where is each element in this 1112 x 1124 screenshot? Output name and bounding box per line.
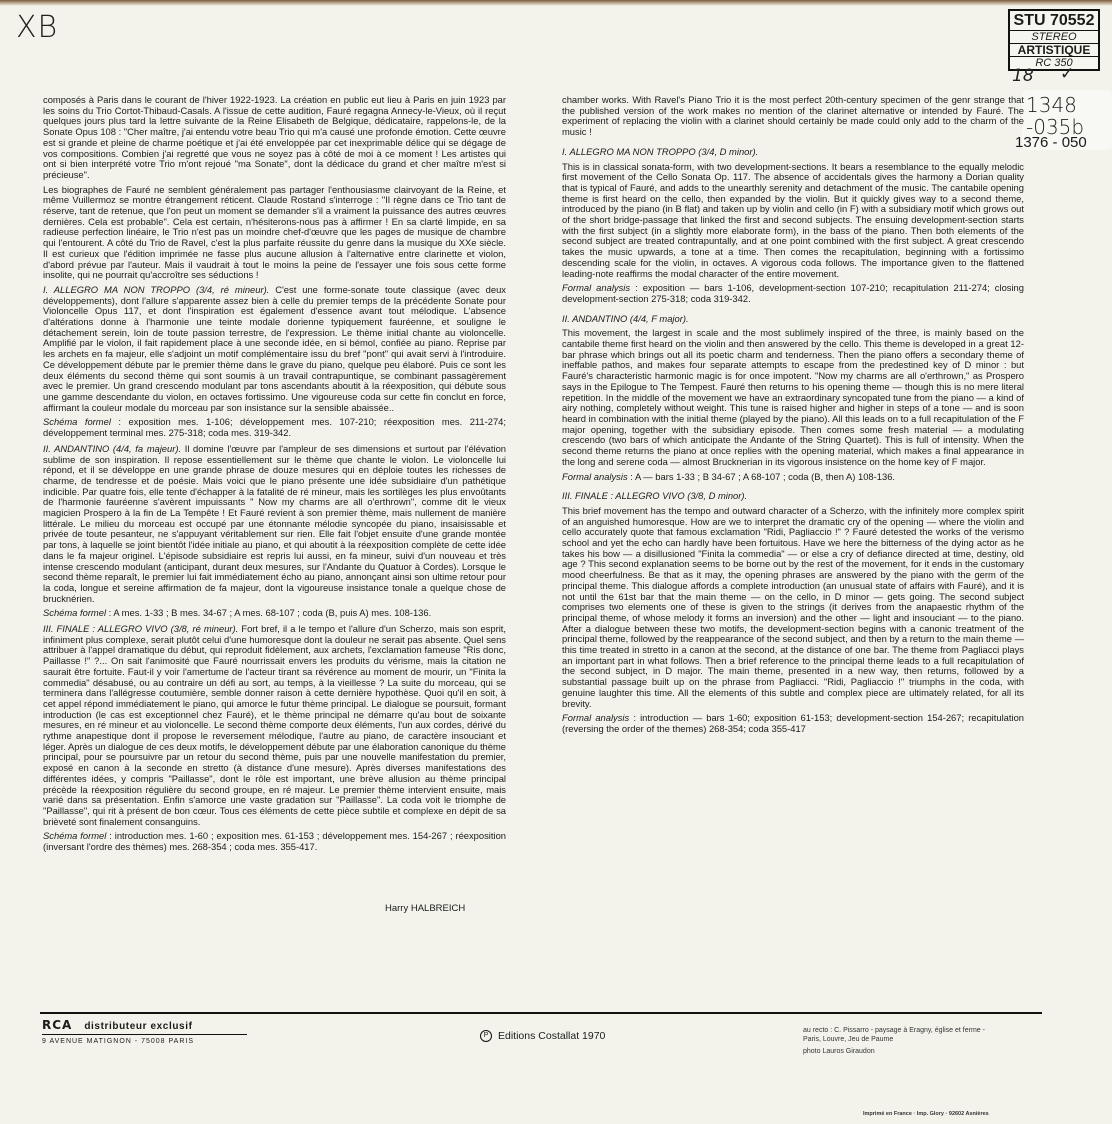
french-notes-column: composés à Paris dans le courant de l'hi… — [43, 95, 506, 858]
catalog-number: STU 70552 — [1010, 11, 1098, 30]
catalog-label: STU 70552 STEREO ARTISTIQUE RC 350 — [1008, 9, 1100, 71]
french-movement-2-formal: Schéma formel : A mes. 1-33 ; B mes. 34-… — [43, 608, 506, 619]
french-movement-3: III. FINALE : ALLEGRO VIVO (3/8, ré mine… — [43, 624, 506, 827]
catalog-format: STEREO — [1010, 30, 1098, 43]
catalog-series: ARTISTIQUE — [1010, 43, 1098, 56]
french-movement-1-heading: I. ALLEGRO MA NON TROPPO (3/4, ré mineur… — [43, 284, 269, 295]
phonogram-copyright-icon: P — [480, 1030, 492, 1042]
handwritten-count: 18 — [1012, 66, 1034, 86]
handwritten-check-icon: ✓ — [1060, 64, 1074, 84]
stamped-reference: 1376 - 050 — [1015, 134, 1087, 151]
french-movement-1-text: C'est une forme-sonate toute classique (… — [43, 284, 506, 413]
english-movement-2-formal: Formal analysis : A — bars 1-33 ; B 34-6… — [562, 472, 1024, 483]
french-movement-3-text: Fort bref, il a le tempo et l'allure d'u… — [43, 623, 506, 827]
cover-credit-line2: Paris, Louvre, Jeu de Paume — [803, 1035, 985, 1044]
french-intro-paragraph: composés à Paris dans le courant de l'hi… — [43, 95, 506, 181]
rca-logo: RCA — [42, 1018, 72, 1032]
english-movement-3-heading: III. FINALE : ALLEGRO VIVO (3/8, D minor… — [562, 491, 1024, 502]
french-movement-1-formal: Schéma formel : exposition mes. 1-106; d… — [43, 417, 506, 438]
english-movement-1-text: This is in classical sonata-form, with t… — [562, 162, 1024, 280]
english-intro-paragraph: chamber works. With Ravel's Piano Trio i… — [562, 95, 1024, 138]
english-movement-2-heading: II. ANDANTINO (4/4, F major). — [562, 314, 1024, 325]
distributor-address: 9 AVENUE MATIGNON - 75008 PARIS — [42, 1038, 247, 1045]
english-movement-1-heading: I. ALLEGRO MA NON TROPPO (3/4, D minor). — [562, 147, 1024, 158]
publisher-name: Editions Costallat 1970 — [498, 1030, 605, 1042]
english-movement-2-text: This movement, the largest in scale and … — [562, 328, 1024, 467]
sleeve-top-edge — [0, 0, 1112, 6]
author-signature: Harry HALBREICH — [385, 903, 465, 914]
french-movement-2-heading: II. ANDANTINO (4/4, fa majeur). — [43, 443, 181, 454]
cover-credit-line1: au recto : C. Pissarro - paysage à Eragn… — [803, 1026, 985, 1035]
cover-credits: au recto : C. Pissarro - paysage à Eragn… — [803, 1026, 985, 1056]
distributor-block: RCA distributeur exclusif 9 AVENUE MATIG… — [42, 1018, 247, 1045]
french-biographers-paragraph: Les biographes de Fauré ne semblent géné… — [43, 185, 506, 281]
handwritten-reference: 1348 -035b — [1026, 94, 1084, 138]
handwritten-initials: XB — [16, 10, 58, 45]
french-movement-2: II. ANDANTINO (4/4, fa majeur). Il domin… — [43, 444, 506, 605]
english-movement-1-formal: Formal analysis : exposition — bars 1-10… — [562, 283, 1024, 304]
french-movement-3-heading: III. FINALE : ALLEGRO VIVO (3/8, ré mine… — [43, 623, 238, 634]
publisher-credit: P Editions Costallat 1970 — [480, 1030, 605, 1042]
english-notes-column: chamber works. With Ravel's Piano Trio i… — [562, 95, 1024, 740]
french-movement-1: I. ALLEGRO MA NON TROPPO (3/4, ré mineur… — [43, 285, 506, 413]
footer-divider — [40, 1012, 1042, 1014]
photo-credit: photo Lauros Giraudon — [803, 1047, 985, 1056]
printer-imprint: Imprimé en France · Imp. Glory · 92602 A… — [863, 1111, 989, 1117]
french-movement-3-formal: Schéma formel : introduction mes. 1-60 ;… — [43, 831, 506, 852]
french-movement-2-text: Il domine l'œuvre par l'ampleur de ses d… — [43, 443, 506, 604]
distributor-tagline: distributeur exclusif — [84, 1021, 192, 1032]
english-movement-3-text: This brief movement has the tempo and ou… — [562, 506, 1024, 709]
english-movement-3-formal: Formal analysis : introduction — bars 1-… — [562, 713, 1024, 734]
